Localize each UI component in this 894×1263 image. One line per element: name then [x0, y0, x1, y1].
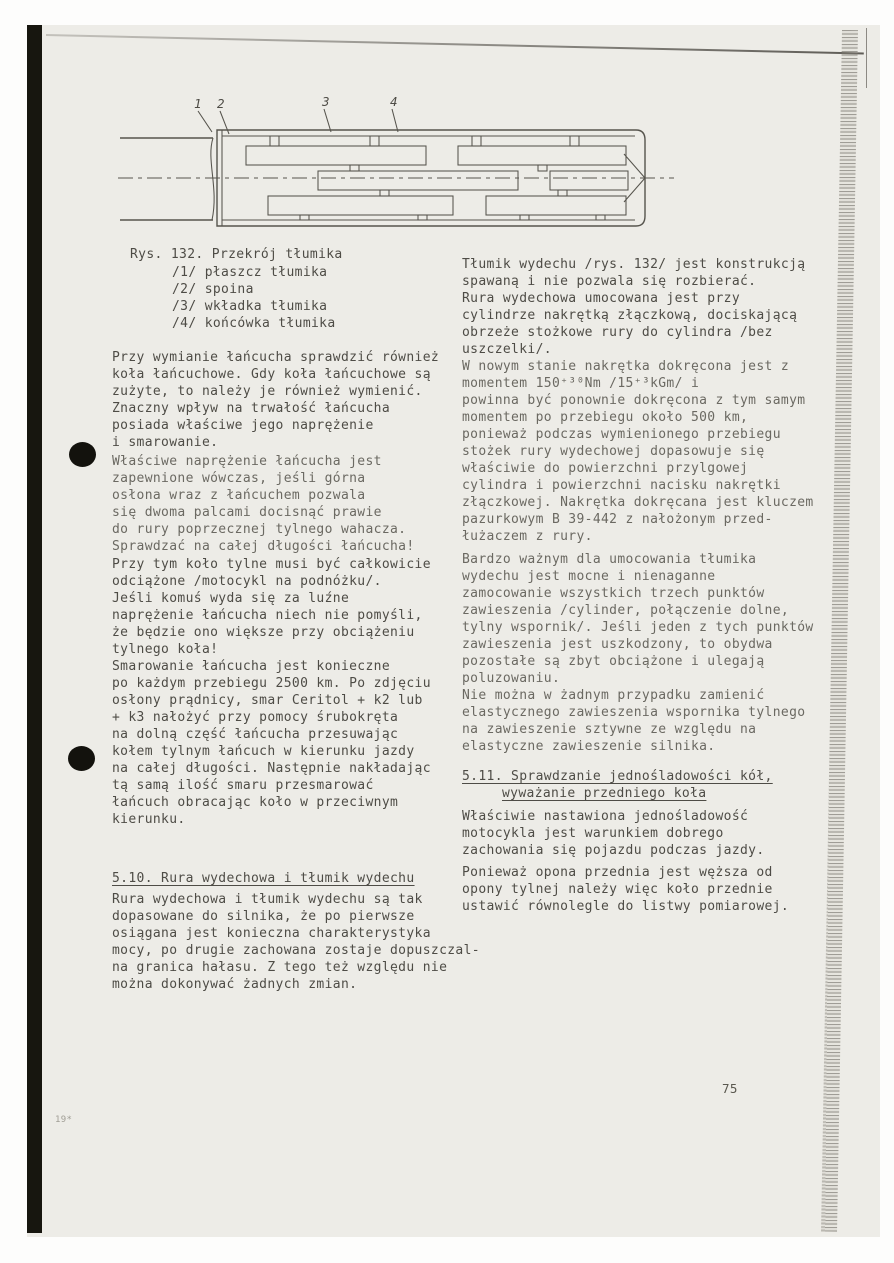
left-paragraph-chain-tension: Właściwe naprężenie łańcucha jest zapewn… — [112, 453, 415, 555]
figure-label-1: 1 — [194, 96, 202, 111]
scanned-manual-page: 1 2 3 4 — [0, 0, 894, 1263]
section-5-11-body-tyre-width: Ponieważ opona przednia jest węższa od o… — [462, 864, 789, 915]
page-edge-line — [866, 28, 867, 88]
punch-hole-bottom — [68, 746, 95, 771]
binding-shadow-bar — [27, 25, 42, 1233]
figure-label-4: 4 — [390, 94, 398, 109]
right-paragraph-torque: W nowym stanie nakrętka dokręcona jest z… — [462, 358, 814, 545]
pipe-break-line — [211, 138, 214, 220]
section-heading-5-11-line1: 5.11. Sprawdzanie jednośladowości kół, — [462, 768, 773, 785]
inlet-pipe — [120, 138, 213, 220]
section-5-11-body-alignment: Właściwie nastawiona jednośladowość moto… — [462, 808, 765, 859]
punch-hole-top — [69, 442, 96, 467]
page-number: 75 — [722, 1080, 738, 1097]
right-paragraph-muffler-construction: Tłumik wydechu /rys. 132/ jest konstrukc… — [462, 256, 805, 358]
left-paragraph-chain-lubrication: Przy tym koło tylne musi być całkowicie … — [112, 556, 431, 828]
figure-caption-title: Rys. 132. Przekrój tłumika — [130, 246, 343, 263]
right-paragraph-mounting-points: Bardzo ważnym dla umocowania tłumika wyd… — [462, 551, 814, 755]
section-heading-5-10: 5.10. Rura wydechowa i tłumik wydechu — [112, 870, 415, 887]
printer-signature-mark: 19* — [55, 1112, 72, 1129]
figure-caption-items: /1/ płaszcz tłumika /2/ spoina /3/ wkład… — [172, 264, 336, 332]
figure-label-2: 2 — [217, 96, 225, 111]
muffler-cross-section-drawing: 1 2 3 4 — [118, 92, 798, 240]
section-5-10-body: Rura wydechowa i tłumik wydechu są tak d… — [112, 891, 480, 993]
section-heading-5-11-line2: wyważanie przedniego koła — [502, 785, 706, 802]
left-paragraph-chain-check: Przy wymianie łańcucha sprawdzić również… — [112, 349, 439, 451]
figure-label-3: 3 — [321, 94, 330, 109]
